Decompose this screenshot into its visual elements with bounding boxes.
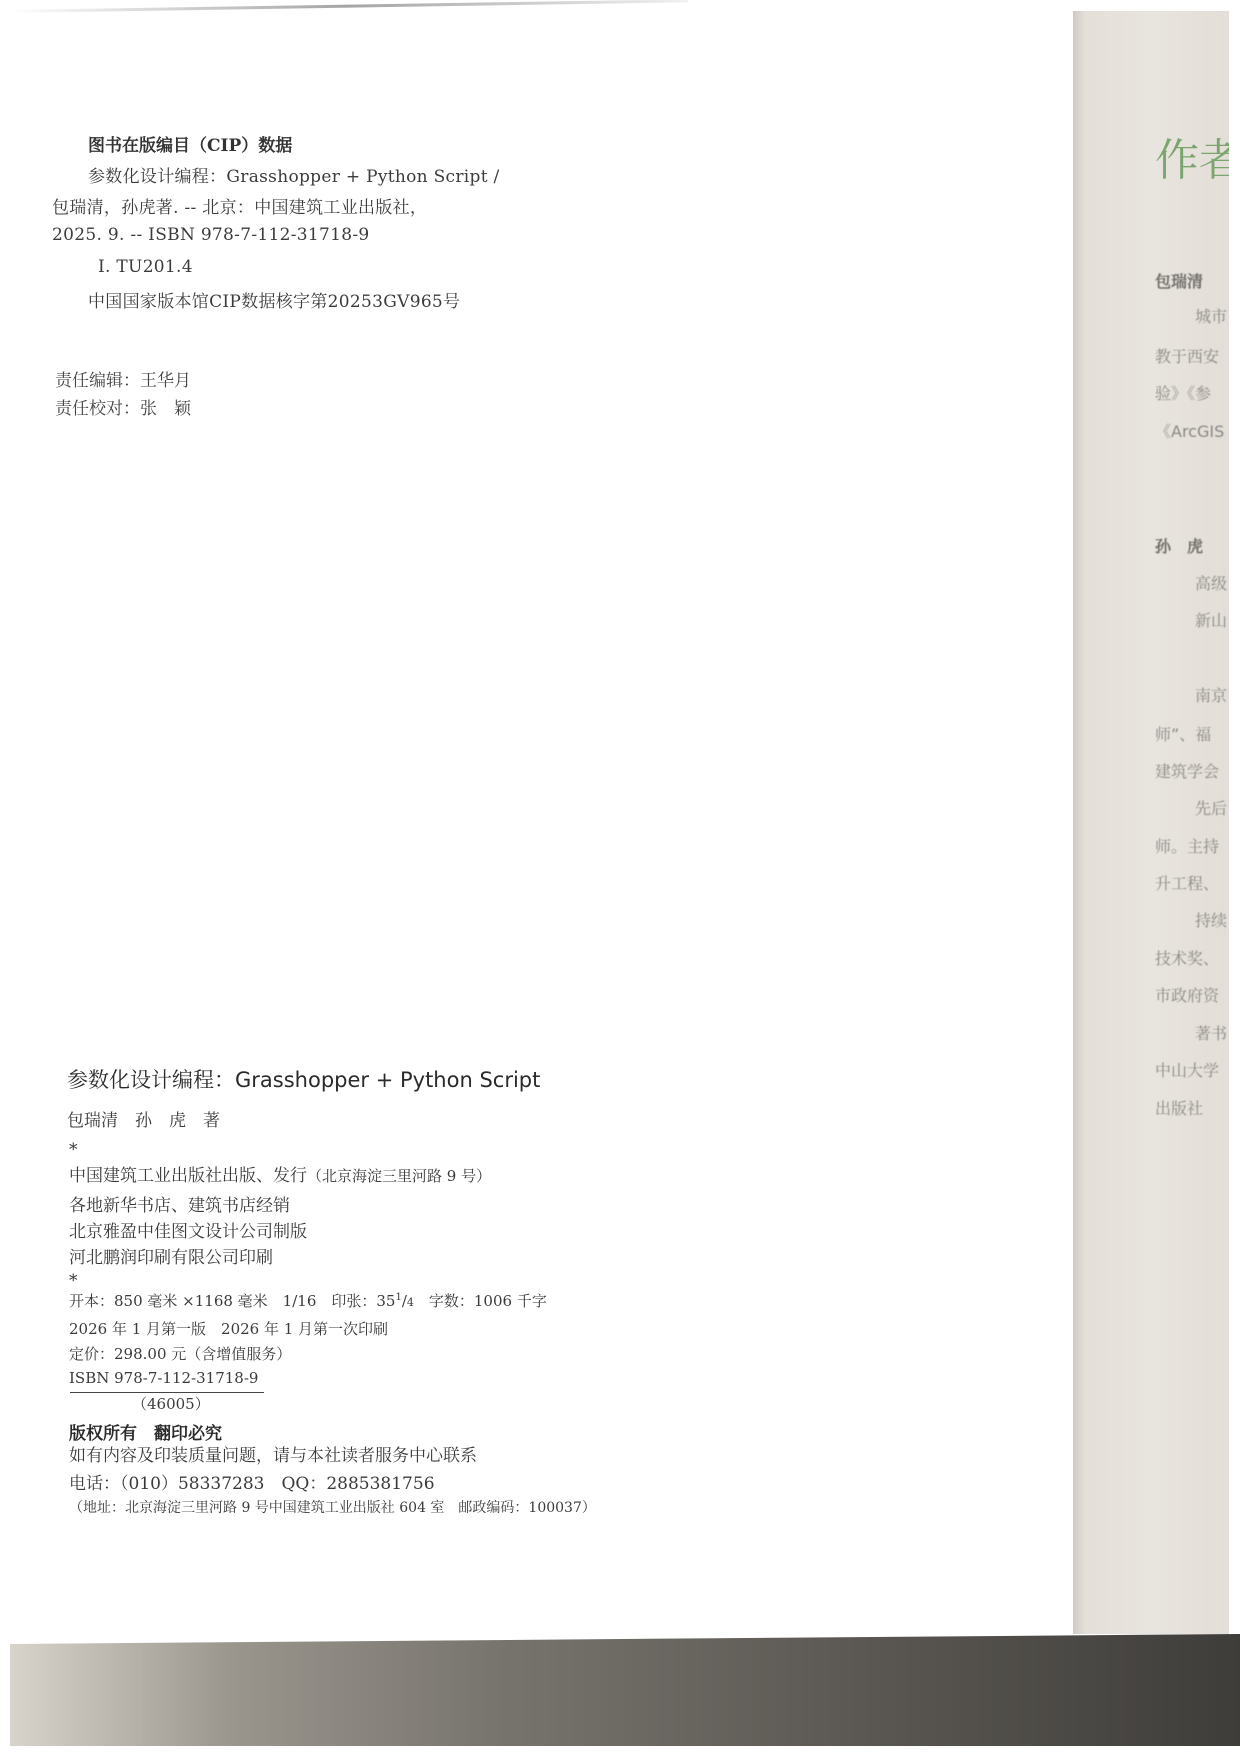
facing-page: 作者 包瑞清 城市 教于西安 验》《参 《ArcGIS 孙 虎 高级 新山 南京…	[1073, 11, 1229, 1634]
facing-text: 新山	[1195, 608, 1227, 631]
price: 定价：298.00 元（含增值服务）	[69, 1343, 291, 1364]
printing: 河北鹏润印刷有限公司印刷	[69, 1243, 273, 1268]
facing-text: 城市	[1195, 304, 1227, 327]
separator-asterisk: *	[69, 1140, 78, 1160]
format-suffix: 字数：1006 千字	[414, 1292, 547, 1310]
facing-text: 高级	[1195, 571, 1227, 594]
responsible-proofreader: 责任校对：张 颖	[55, 394, 191, 419]
cip-line-authors: 包瑞清，孙虎著. -- 北京：中国建筑工业出版社，	[52, 193, 427, 218]
facing-text: 师。主持	[1155, 834, 1219, 857]
distribution: 各地新华书店、建筑书店经销	[69, 1191, 290, 1216]
format-line: 开本：850 毫米 ×1168 毫米 1/16 印张：351/4 字数：1006…	[69, 1290, 547, 1311]
sheets-numerator: 1	[395, 1292, 401, 1303]
book-title: 参数化设计编程：Grasshopper + Python Script	[67, 1064, 540, 1094]
publisher-address: （北京海淀三里河路 9 号）	[307, 1167, 491, 1185]
facing-page-title: 作者	[1155, 124, 1229, 188]
cip-heading: 图书在版编目（CIP）数据	[88, 131, 292, 156]
scan-bottom-shadow	[10, 1634, 1240, 1746]
facing-text: 升工程、	[1155, 871, 1219, 894]
sheets-denominator: 4	[407, 1296, 414, 1309]
format-prefix: 开本：850 毫米 ×1168 毫米 1/16 印张：35	[69, 1292, 395, 1310]
facing-text: 市政府资	[1155, 983, 1219, 1006]
isbn: ISBN 978-7-112-31718-9	[69, 1369, 258, 1387]
separator-asterisk: *	[69, 1271, 78, 1291]
facing-text: 技术奖、	[1155, 946, 1219, 969]
cip-line-classification: Ⅰ. TU201.4	[98, 257, 193, 277]
facing-text: 教于西安	[1155, 344, 1219, 367]
facing-text: 南京	[1195, 683, 1227, 706]
publisher-line: 中国建筑工业出版社出版、发行（北京海淀三里河路 9 号）	[69, 1161, 491, 1186]
facing-author1-name: 包瑞清	[1155, 269, 1203, 292]
facing-text: 持续	[1195, 908, 1227, 931]
facing-text: 中山大学	[1155, 1058, 1219, 1081]
cip-line-isbn: 2025. 9. -- ISBN 978-7-112-31718-9	[52, 225, 370, 245]
facing-text: 师”、福	[1155, 722, 1211, 745]
quality-notice: 如有内容及印装质量问题，请与本社读者服务中心联系	[69, 1441, 477, 1466]
edition: 2026 年 1 月第一版 2026 年 1 月第一次印刷	[69, 1318, 388, 1339]
cip-line-verification: 中国国家版本馆CIP数据核字第20253GV965号	[88, 287, 460, 312]
facing-text: 出版社	[1155, 1096, 1203, 1119]
cip-line-title: 参数化设计编程：Grasshopper + Python Script /	[88, 162, 500, 187]
book-code: （46005）	[132, 1393, 210, 1414]
facing-text: 先后	[1195, 796, 1227, 819]
scan-crease	[8, 0, 688, 13]
facing-text: 著书	[1195, 1021, 1227, 1044]
typesetting: 北京雅盈中佳图文设计公司制版	[69, 1217, 307, 1242]
facing-text: 验》《参	[1155, 381, 1211, 404]
book-authors: 包瑞清 孙 虎 著	[67, 1106, 220, 1131]
facing-author2-name: 孙 虎	[1155, 534, 1203, 557]
facing-text: 建筑学会	[1155, 759, 1219, 782]
contact-phone: 电话：（010）58337283 QQ：2885381756	[69, 1469, 435, 1494]
publisher: 中国建筑工业出版社出版、发行	[69, 1166, 307, 1186]
contact-address: （地址：北京海淀三里河路 9 号中国建筑工业出版社 604 室 邮政编码：100…	[69, 1497, 596, 1517]
facing-text: 《ArcGIS	[1155, 419, 1224, 442]
responsible-editor: 责任编辑：王华月	[55, 366, 191, 391]
